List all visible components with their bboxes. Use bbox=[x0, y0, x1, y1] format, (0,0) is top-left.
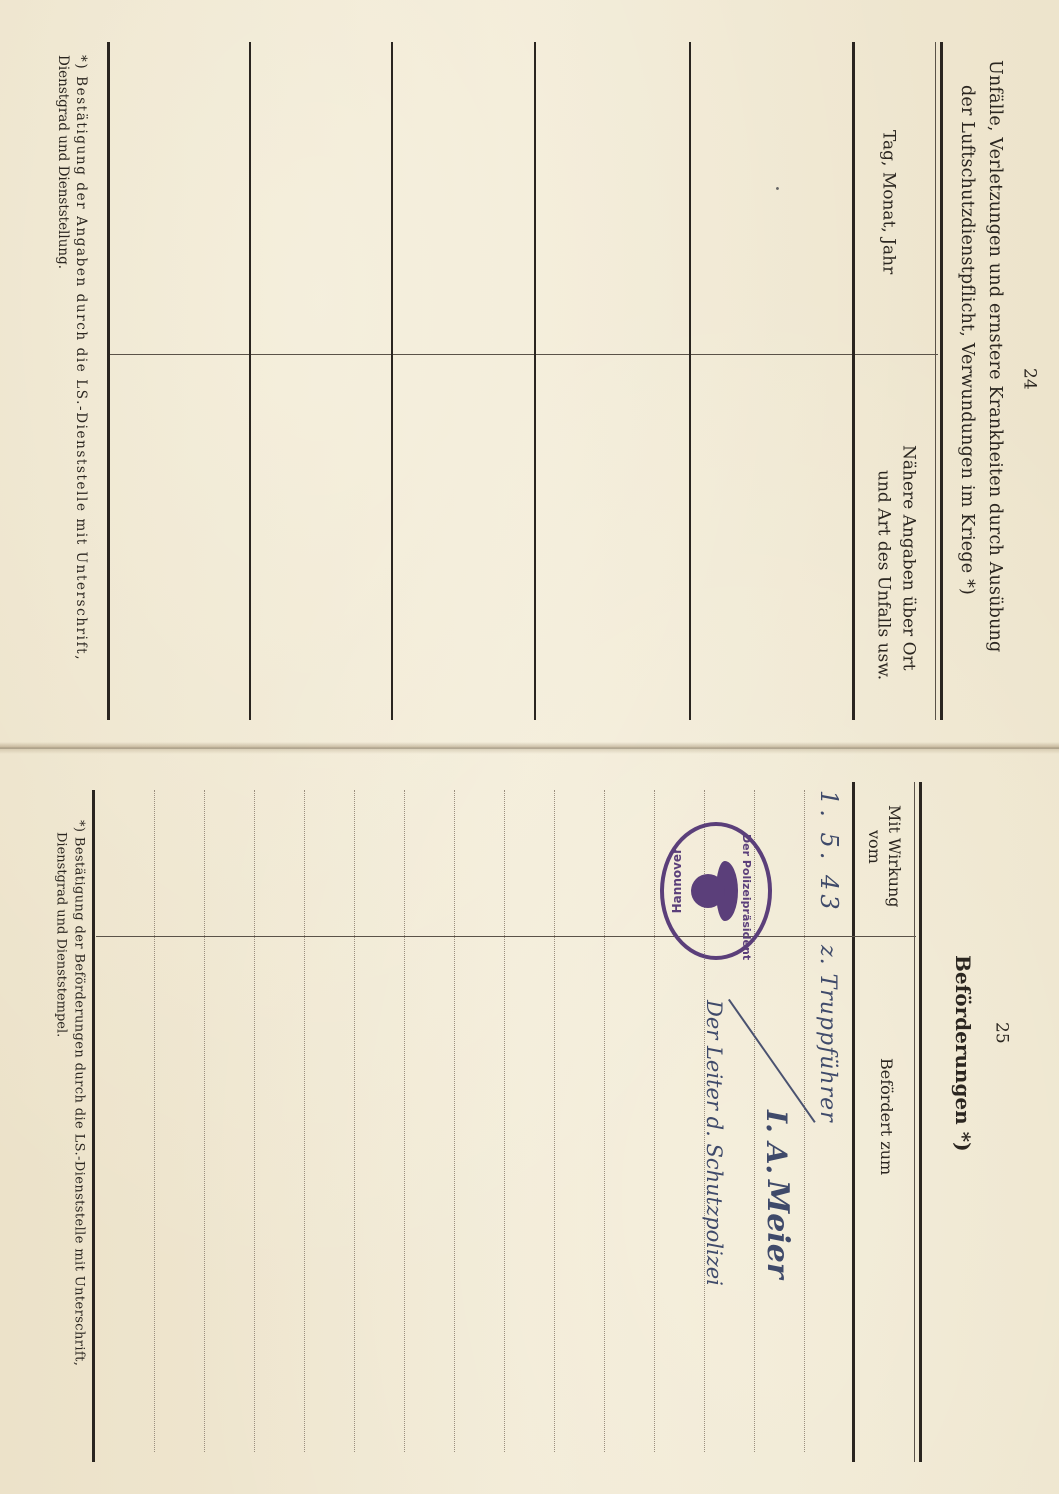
right-footnote-line1: *) Bestätigung der Beförderungen durch d… bbox=[70, 820, 86, 1366]
left-top-rule-thick bbox=[940, 42, 943, 720]
dotted-line-10 bbox=[354, 790, 355, 1452]
left-page-title-line2: der Luftschutzdienstpflicht, Verwundunge… bbox=[955, 85, 977, 595]
page-number-24: 24 bbox=[1018, 368, 1039, 390]
column-header-promoted-to: Befördert zum bbox=[876, 1058, 896, 1175]
left-footnote-line2: Dienstgrad und Dienststellung. bbox=[54, 55, 71, 269]
pencil-mark: · bbox=[762, 185, 790, 192]
left-row-rule-1 bbox=[689, 42, 691, 720]
right-top-rule-thin bbox=[914, 782, 915, 1462]
dotted-line-6 bbox=[554, 790, 555, 1452]
left-row-rule-4 bbox=[249, 42, 251, 720]
left-page-title-line1: Unfälle, Verletzungen und ernstere Krank… bbox=[983, 60, 1005, 652]
page-number-25: 25 bbox=[990, 1022, 1011, 1044]
left-row-rule-3 bbox=[391, 42, 393, 720]
right-bottom-rule bbox=[92, 790, 95, 1462]
column-header-date: Tag, Monat, Jahr bbox=[877, 130, 898, 274]
left-header-rule bbox=[852, 42, 855, 720]
left-bottom-rule bbox=[107, 42, 110, 720]
handwritten-signature: Meier bbox=[760, 1180, 795, 1279]
dotted-line-14 bbox=[154, 790, 155, 1452]
handwritten-signature-prefix: I. A. bbox=[760, 1110, 793, 1174]
left-column-divider bbox=[110, 354, 938, 355]
stamp-text-bottom: Hannover bbox=[670, 848, 684, 913]
stamp-text-top: Der Polizeipräsident bbox=[740, 834, 753, 960]
handwritten-rank: z. Truppführer bbox=[815, 945, 840, 1123]
dotted-line-9 bbox=[404, 790, 405, 1452]
dotted-line-4 bbox=[654, 790, 655, 1452]
right-footnote-line2: Dienstgrad und Dienststempel. bbox=[52, 832, 68, 1037]
stamp-eagle-icon bbox=[691, 874, 725, 908]
right-header-rule bbox=[852, 782, 855, 1462]
column-header-effective-date-line2: vom bbox=[864, 830, 884, 864]
page-fold bbox=[0, 742, 1059, 754]
right-column-divider bbox=[96, 936, 916, 937]
handwritten-date: 1. 5. 43 bbox=[815, 790, 843, 914]
dotted-line-8 bbox=[454, 790, 455, 1452]
dotted-line-1 bbox=[804, 790, 805, 1452]
dotted-line-12 bbox=[254, 790, 255, 1452]
dotted-line-13 bbox=[204, 790, 205, 1452]
dotted-line-7 bbox=[504, 790, 505, 1452]
right-page-title: Beförderungen *) bbox=[950, 955, 975, 1152]
left-row-rule-2 bbox=[534, 42, 536, 720]
left-footnote-line1: *) Bestätigung der Angaben durch die LS.… bbox=[72, 55, 89, 661]
dotted-line-5 bbox=[604, 790, 605, 1452]
column-header-details-line2: und Art des Unfalls usw. bbox=[872, 470, 893, 680]
handwritten-signature-title: Der Leiter d. Schutzpolizei bbox=[702, 1000, 726, 1286]
left-top-rule-thin bbox=[935, 42, 936, 720]
official-stamp: Der Polizeipräsident Hannover bbox=[660, 822, 772, 960]
column-header-effective-date-line1: Mit Wirkung bbox=[884, 805, 904, 908]
column-header-details-line1: Nähere Angaben über Ort bbox=[897, 445, 918, 670]
dotted-line-11 bbox=[304, 790, 305, 1452]
right-top-rule-thick bbox=[919, 782, 922, 1462]
